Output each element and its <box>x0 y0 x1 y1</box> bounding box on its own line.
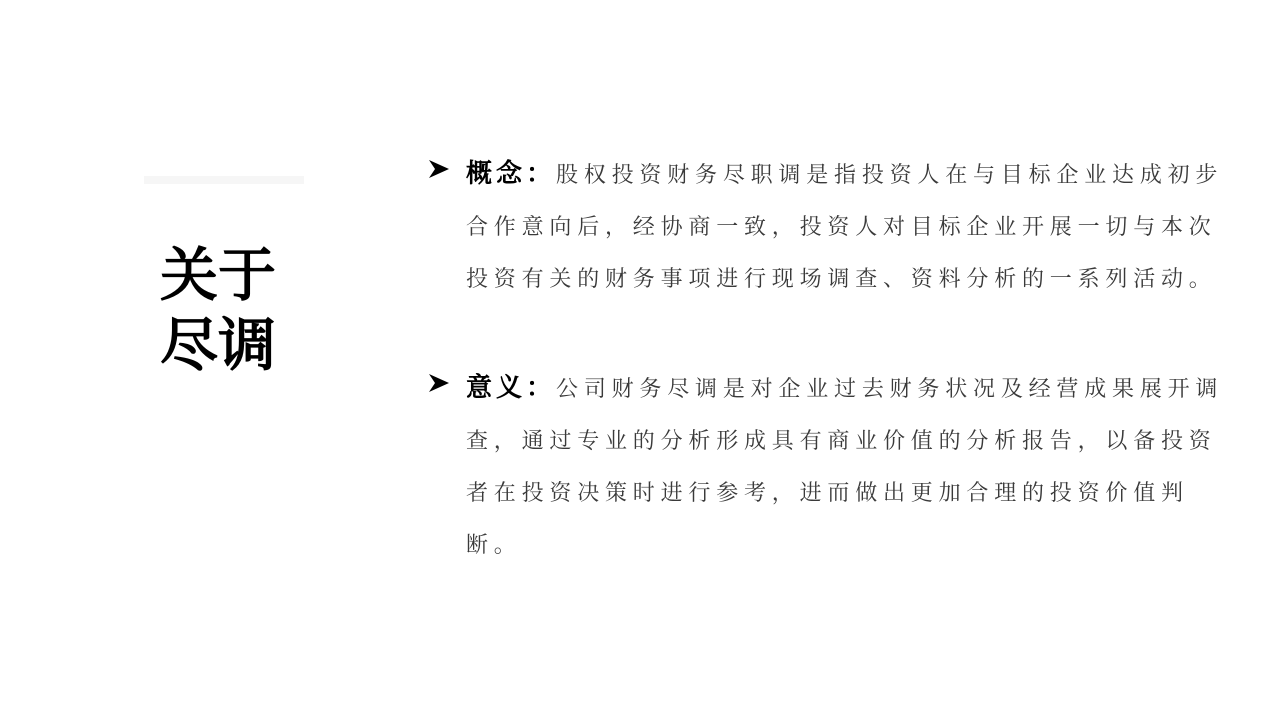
decorative-bar <box>144 176 304 184</box>
bullet-text: 股权投资财务尽职调是指投资人在与目标企业达成初步合作意向后，经协商一致，投资人对… <box>466 163 1223 292</box>
bullet-list: 概念：股权投资财务尽职调是指投资人在与目标企业达成初步合作意向后，经协商一致，投… <box>428 148 1218 572</box>
bullet-paragraph: 概念：股权投资财务尽职调是指投资人在与目标企业达成初步合作意向后，经协商一致，投… <box>466 148 1226 306</box>
slide: 关于 尽调 概念：股权投资财务尽职调是指投资人在与目标企业达成初步合作意向后，经… <box>0 0 1280 720</box>
title-line-2: 尽调 <box>160 310 300 380</box>
bullet-paragraph: 意义：公司财务尽调是对企业过去财务状况及经营成果展开调查，通过专业的分析形成具有… <box>466 362 1226 572</box>
bullet-term: 意义： <box>466 373 556 403</box>
bullet-text: 公司财务尽调是对企业过去财务状况及经营成果展开调查，通过专业的分析形成具有商业价… <box>466 377 1223 558</box>
slide-title: 关于 尽调 <box>160 240 300 380</box>
arrowhead-bullet-icon <box>428 158 450 180</box>
bullet-concept: 概念：股权投资财务尽职调是指投资人在与目标企业达成初步合作意向后，经协商一致，投… <box>428 148 1218 306</box>
arrowhead-bullet-icon <box>428 372 450 394</box>
bullet-term: 概念： <box>466 159 556 189</box>
title-line-1: 关于 <box>160 240 300 310</box>
bullet-significance: 意义：公司财务尽调是对企业过去财务状况及经营成果展开调查，通过专业的分析形成具有… <box>428 362 1218 572</box>
